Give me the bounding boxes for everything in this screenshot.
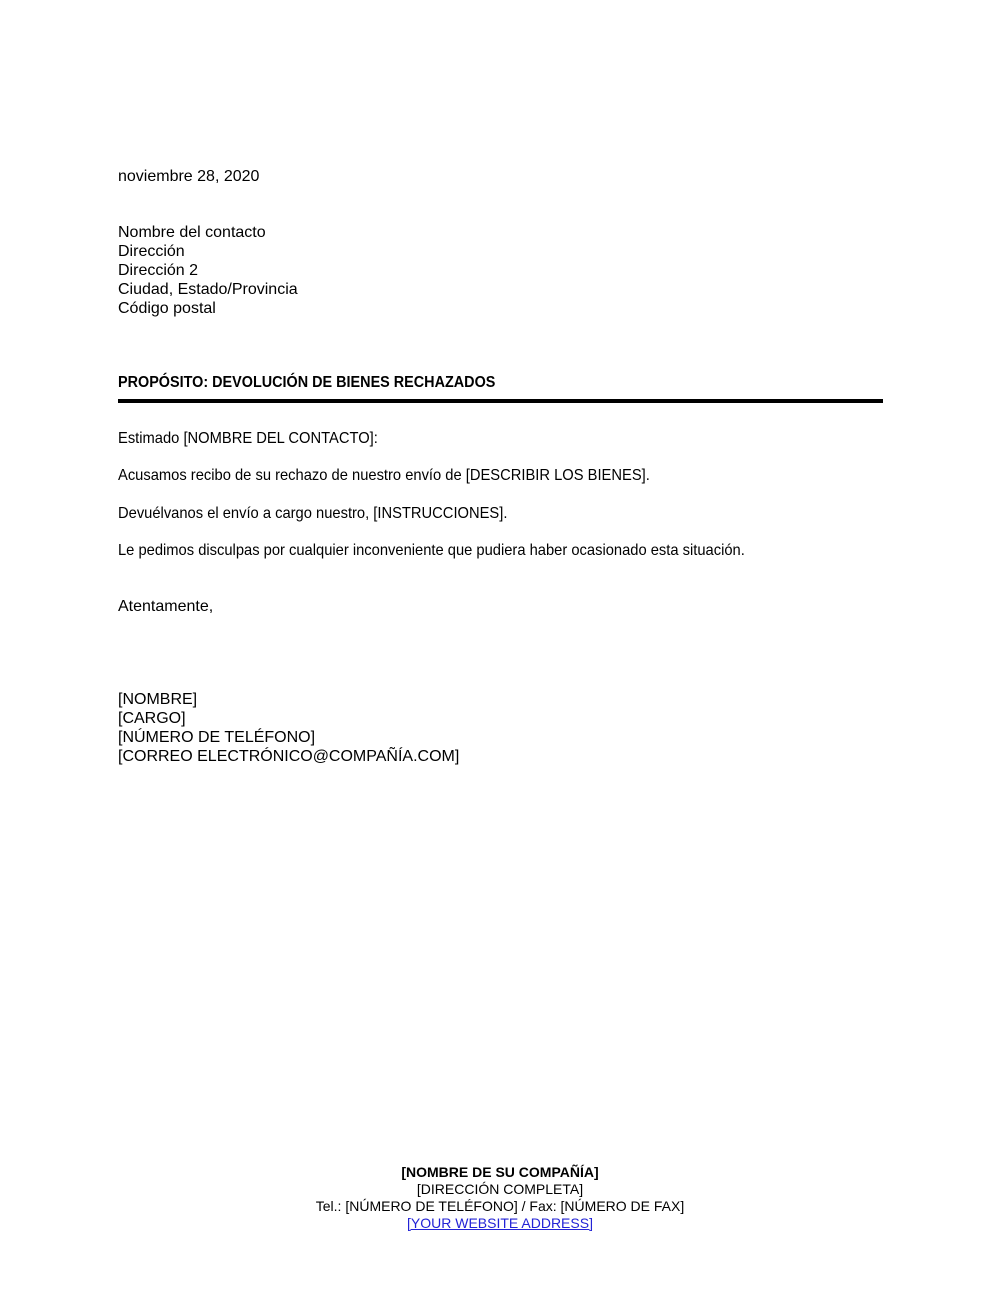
- recipient-name: Nombre del contacto: [118, 223, 298, 242]
- footer-company-name: [NOMBRE DE SU COMPAÑÍA]: [0, 1164, 1000, 1181]
- subject-heading: PROPÓSITO: DEVOLUCIÓN DE BIENES RECHAZAD…: [118, 373, 495, 392]
- signature-block: [NOMBRE] [CARGO] [NÚMERO DE TELÉFONO] [C…: [118, 690, 459, 766]
- body-paragraph: Le pedimos disculpas por cualquier incon…: [118, 541, 745, 560]
- body-paragraph: Acusamos recibo de su rechazo de nuestro…: [118, 466, 650, 485]
- recipient-address-block: Nombre del contacto Dirección Dirección …: [118, 223, 298, 318]
- signature-email: [CORREO ELECTRÓNICO@COMPAÑÍA.COM]: [118, 747, 459, 766]
- footer-website-link[interactable]: [YOUR WEBSITE ADDRESS]: [407, 1215, 593, 1231]
- footer-address: [DIRECCIÓN COMPLETA]: [0, 1181, 1000, 1198]
- letter-date: noviembre 28, 2020: [118, 167, 259, 186]
- subject-divider: [118, 399, 883, 403]
- recipient-address-1: Dirección: [118, 242, 298, 261]
- recipient-address-2: Dirección 2: [118, 261, 298, 280]
- closing: Atentamente,: [118, 597, 213, 616]
- greeting: Estimado [NOMBRE DEL CONTACTO]:: [118, 429, 378, 448]
- signature-phone: [NÚMERO DE TELÉFONO]: [118, 728, 459, 747]
- letterhead-footer: [NOMBRE DE SU COMPAÑÍA] [DIRECCIÓN COMPL…: [0, 1164, 1000, 1232]
- recipient-postal-code: Código postal: [118, 299, 298, 318]
- footer-contact: Tel.: [NÚMERO DE TELÉFONO] / Fax: [NÚMER…: [0, 1198, 1000, 1215]
- recipient-city-state: Ciudad, Estado/Provincia: [118, 280, 298, 299]
- signature-name: [NOMBRE]: [118, 690, 459, 709]
- signature-title: [CARGO]: [118, 709, 459, 728]
- letter-page: noviembre 28, 2020 Nombre del contacto D…: [0, 0, 1000, 1290]
- body-paragraph: Devuélvanos el envío a cargo nuestro, [I…: [118, 504, 507, 523]
